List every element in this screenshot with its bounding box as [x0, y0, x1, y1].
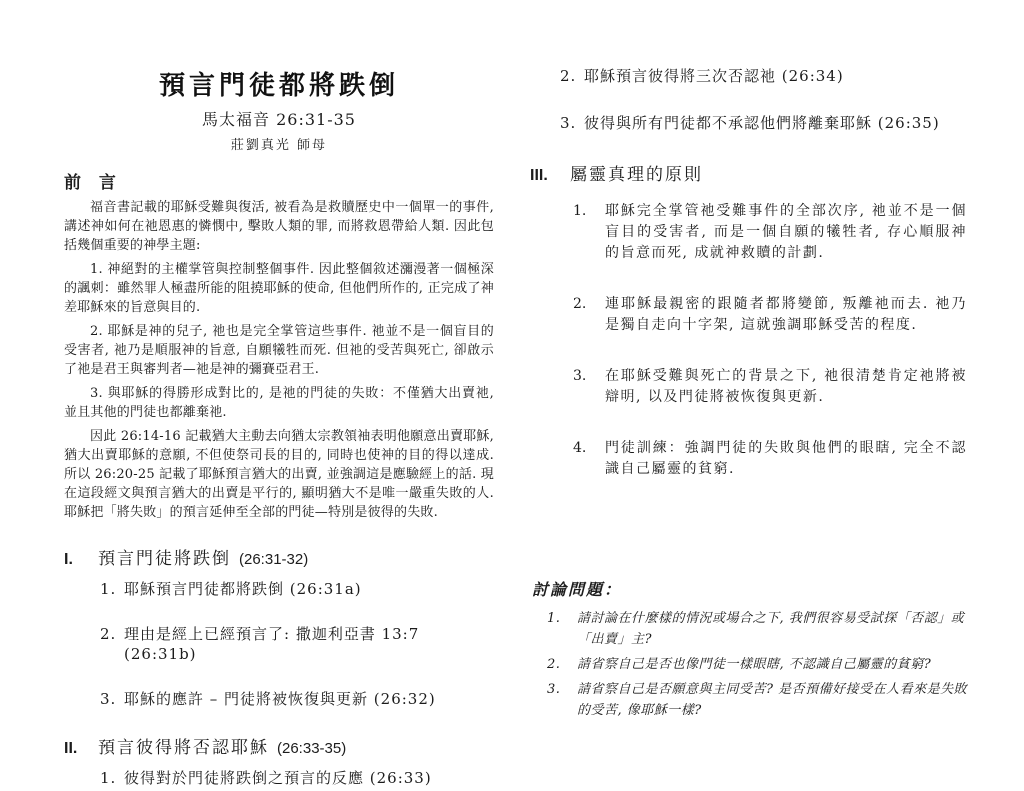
item-number: 2. — [100, 624, 124, 664]
outline-item: 2. 理由是經上已經預言了: 撒迦利亞書 13:7 (26:31b) — [100, 624, 494, 664]
section-heading-1: I. 預言門徒將跌倒 (26:31-32) — [64, 544, 494, 569]
right-column: 2. 耶穌預言彼得將三次否認祂 (26:34) 3. 彼得與所有門徒都不承認他們… — [530, 66, 980, 480]
item-text: 請省察自己是否願意與主同受苦? 是否預備好接受在人看來是失敗的受苦, 像耶穌一樣… — [577, 679, 977, 721]
document-page: 預言門徒都將跌倒 馬太福音 26:31-35 莊劉真光 師母 前 言 福音書記載… — [0, 0, 1024, 791]
page-title: 預言門徒都將跌倒 — [64, 70, 494, 102]
discussion-heading: 討論問題： — [532, 577, 988, 600]
preface-paragraph: 2. 耶穌是神的兒子, 祂也是完全掌管這些事件. 祂並不是一個盲目的受害者, 祂… — [64, 322, 494, 379]
item-text: 耶穌完全掌管祂受難事件的全部次序, 祂並不是一個盲目的受害者, 而是一個自願的犧… — [605, 201, 967, 264]
discussion-section: 討論問題： 1. 請討論在什麼樣的情況或場合之下, 我們很容易受試探「否認」或「… — [532, 577, 988, 721]
item-number: 1. — [100, 579, 124, 599]
item-number: 1. — [573, 201, 605, 264]
section-numeral: II. — [64, 740, 98, 758]
outline-item: 3. 耶穌的應許 – 門徒將被恢復與更新 (26:32) — [100, 689, 494, 709]
outline-item: 1. 耶穌預言門徒都將跌倒 (26:31a) — [100, 579, 494, 599]
left-column: 預言門徒都將跌倒 馬太福音 26:31-35 莊劉真光 師母 前 言 福音書記載… — [64, 70, 494, 788]
outline-item: 3. 彼得與所有門徒都不承認他們將離棄耶穌 (26:35) — [560, 113, 980, 133]
principle-item: 2. 連耶穌最親密的跟隨者都將變節, 叛離祂而去. 祂乃是獨自走向十字架, 這就… — [573, 294, 980, 336]
section-title: 預言門徒將跌倒 — [98, 544, 231, 569]
item-number: 2. — [560, 66, 584, 86]
preface-paragraph: 福音書記載的耶穌受難與復活, 被看為是救贖歷史中一個單一的事件, 講述神如何在祂… — [64, 198, 494, 255]
author-name: 莊劉真光 師母 — [64, 134, 494, 153]
principle-item: 1. 耶穌完全掌管祂受難事件的全部次序, 祂並不是一個盲目的受害者, 而是一個自… — [573, 201, 980, 264]
item-number: 3. — [100, 689, 124, 709]
preface-paragraph: 3. 與耶穌的得勝形成對比的, 是祂的門徒的失敗：不僅猶大出賣祂, 並且其他的門… — [64, 384, 494, 422]
item-number: 2. — [547, 654, 577, 675]
outline-item: 2. 耶穌預言彼得將三次否認祂 (26:34) — [560, 66, 980, 86]
item-text: 彼得與所有門徒都不承認他們將離棄耶穌 (26:35) — [584, 113, 940, 133]
section-heading-3: III. 屬靈真理的原則 — [530, 160, 980, 185]
item-number: 2. — [573, 294, 605, 336]
principle-item: 4. 門徒訓練：強調門徒的失敗與他們的眼瞎, 完全不認識自己屬靈的貧窮. — [573, 438, 980, 480]
item-number: 4. — [573, 438, 605, 480]
item-text: 請討論在什麼樣的情況或場合之下, 我們很容易受試探「否認」或「出賣」主? — [577, 608, 977, 650]
section-numeral: III. — [530, 167, 570, 185]
item-text: 理由是經上已經預言了: 撒迦利亞書 13:7 (26:31b) — [124, 624, 494, 664]
outline-item: 1. 彼得對於門徒將跌倒之預言的反應 (26:33) — [100, 768, 494, 788]
preface-paragraph: 因此 26:14-16 記載猶大主動去向猶太宗教領袖表明他願意出賣耶穌, 猶大出… — [64, 427, 494, 522]
item-text: 連耶穌最親密的跟隨者都將變節, 叛離祂而去. 祂乃是獨自走向十字架, 這就強調耶… — [605, 294, 967, 336]
item-text: 耶穌預言門徒都將跌倒 (26:31a) — [124, 579, 362, 599]
section-title: 預言彼得將否認耶穌 — [98, 733, 269, 758]
preface-paragraph: 1. 神絕對的主權掌管與控制整個事件. 因此整個敘述瀰漫著一個極深的諷刺：雖然罪… — [64, 260, 494, 317]
discussion-question: 3. 請省察自己是否願意與主同受苦? 是否預備好接受在人看來是失敗的受苦, 像耶… — [547, 679, 988, 721]
item-number: 3. — [547, 679, 577, 721]
section-verse-ref: (26:33-35) — [277, 740, 346, 757]
section-heading-2: II. 預言彼得將否認耶穌 (26:33-35) — [64, 733, 494, 758]
item-text: 彼得對於門徒將跌倒之預言的反應 (26:33) — [124, 768, 432, 788]
scripture-reference: 馬太福音 26:31-35 — [64, 107, 494, 130]
principle-item: 3. 在耶穌受難與死亡的背景之下, 祂很清楚肯定祂將被辯明, 以及門徒將被恢復與… — [573, 366, 980, 408]
section-numeral: I. — [64, 551, 98, 569]
item-number: 1. — [547, 608, 577, 650]
item-text: 耶穌預言彼得將三次否認祂 (26:34) — [584, 66, 844, 86]
section-title: 屬靈真理的原則 — [570, 160, 703, 185]
item-number: 3. — [560, 113, 584, 133]
discussion-question: 2. 請省察自己是否也像門徒一樣眼瞎, 不認識自己屬靈的貧窮? — [547, 654, 988, 675]
preface-heading: 前 言 — [64, 168, 494, 193]
item-text: 請省察自己是否也像門徒一樣眼瞎, 不認識自己屬靈的貧窮? — [577, 654, 977, 675]
discussion-question: 1. 請討論在什麼樣的情況或場合之下, 我們很容易受試探「否認」或「出賣」主? — [547, 608, 988, 650]
section-verse-ref: (26:31-32) — [239, 551, 308, 568]
item-text: 耶穌的應許 – 門徒將被恢復與更新 (26:32) — [124, 689, 436, 709]
item-text: 門徒訓練：強調門徒的失敗與他們的眼瞎, 完全不認識自己屬靈的貧窮. — [605, 438, 967, 480]
item-number: 3. — [573, 366, 605, 408]
item-text: 在耶穌受難與死亡的背景之下, 祂很清楚肯定祂將被辯明, 以及門徒將被恢復與更新. — [605, 366, 967, 408]
item-number: 1. — [100, 768, 124, 788]
